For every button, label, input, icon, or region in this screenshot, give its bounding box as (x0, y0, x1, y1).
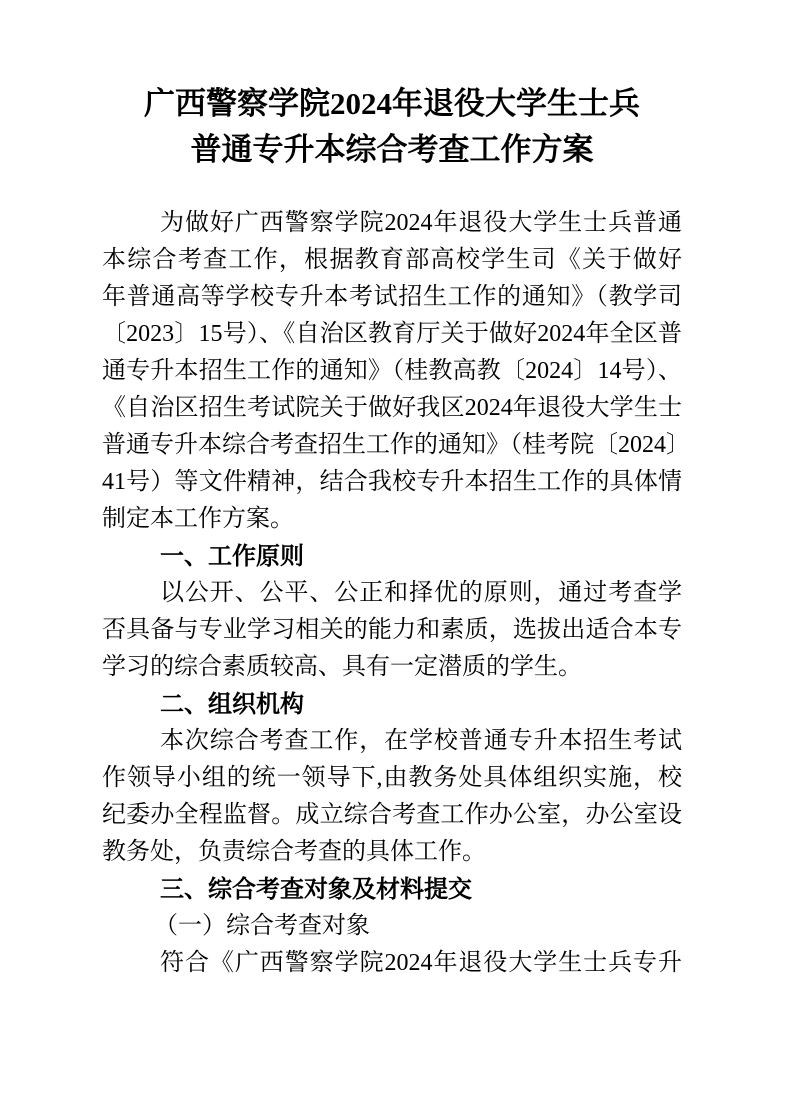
para1-line8: 41号）等文件精神，结合我校专升本招生工作的具体情况, (102, 464, 682, 501)
para3-line1: 本次综合考查工作，在学校普通专升本招生考试工 (102, 723, 682, 760)
para1-line1: 为做好广西警察学院2024年退役大学生士兵普通专升 (102, 205, 682, 242)
para2-line2: 否具备与专业学习相关的能力和素质，选拔出适合本专业 (102, 612, 682, 649)
para2-line1: 以公开、公平、公正和择优的原则，通过考查学生是 (102, 575, 682, 612)
paragraph-3: 本次综合考查工作，在学校普通专升本招生考试工 作领导小组的统一领导下,由教务处具… (102, 723, 682, 871)
para4-line1: 符合《广西警察学院2024年退役大学生士兵专升本综 (102, 945, 682, 982)
heading-1-work-principles: 一、工作原则 (102, 538, 682, 575)
para3-line3: 纪委办全程监督。成立综合考查工作办公室，办公室设在 (102, 797, 682, 834)
para1-line2: 本综合考查工作，根据教育部高校学生司《关于做好2024 (102, 242, 682, 279)
para2-line3: 学习的综合素质较高、具有一定潜质的学生。 (102, 649, 682, 686)
paragraph-1: 为做好广西警察学院2024年退役大学生士兵普通专升 本综合考查工作，根据教育部高… (102, 205, 682, 538)
para1-line3: 年普通高等学校专升本考试招生工作的通知》（教学司 (102, 279, 682, 316)
para1-line7: 普通专升本综合考查招生工作的通知》（桂考院〔2024〕 (102, 427, 682, 464)
title-line-1: 广西警察学院2024年退役大学生士兵 (102, 81, 682, 127)
para1-line9: 制定本工作方案。 (102, 501, 682, 538)
paragraph-2: 以公开、公平、公正和择优的原则，通过考查学生是 否具备与专业学习相关的能力和素质… (102, 575, 682, 686)
para3-line2: 作领导小组的统一领导下,由教务处具体组织实施，校 (102, 760, 682, 797)
para1-line5: 通专升本招生工作的通知》（桂教高教〔2024〕14号）、 (102, 353, 682, 390)
para3-line4: 教务处，负责综合考查的具体工作。 (102, 834, 682, 871)
document-body: 为做好广西警察学院2024年退役大学生士兵普通专升 本综合考查工作，根据教育部高… (102, 205, 682, 982)
document-content: 广西警察学院2024年退役大学生士兵 普通专升本综合考查工作方案 为做好广西警察… (0, 0, 794, 982)
paragraph-4: 符合《广西警察学院2024年退役大学生士兵专升本综 (102, 945, 682, 982)
para1-line4: 〔2023〕15号）、《自治区教育厅关于做好2024年全区普 (102, 316, 682, 353)
heading-2-organization: 二、组织机构 (102, 686, 682, 723)
heading-3-targets-and-materials: 三、综合考查对象及材料提交 (102, 871, 682, 908)
document-page: 广西警察学院2024年退役大学生士兵 普通专升本综合考查工作方案 为做好广西警察… (0, 0, 794, 1108)
document-title: 广西警察学院2024年退役大学生士兵 普通专升本综合考查工作方案 (102, 81, 682, 173)
title-line-2: 普通专升本综合考查工作方案 (102, 127, 682, 173)
subheading-3-1-targets: （一）综合考查对象 (102, 908, 682, 945)
para1-line6: 《自治区招生考试院关于做好我区2024年退役大学生士兵 (102, 390, 682, 427)
